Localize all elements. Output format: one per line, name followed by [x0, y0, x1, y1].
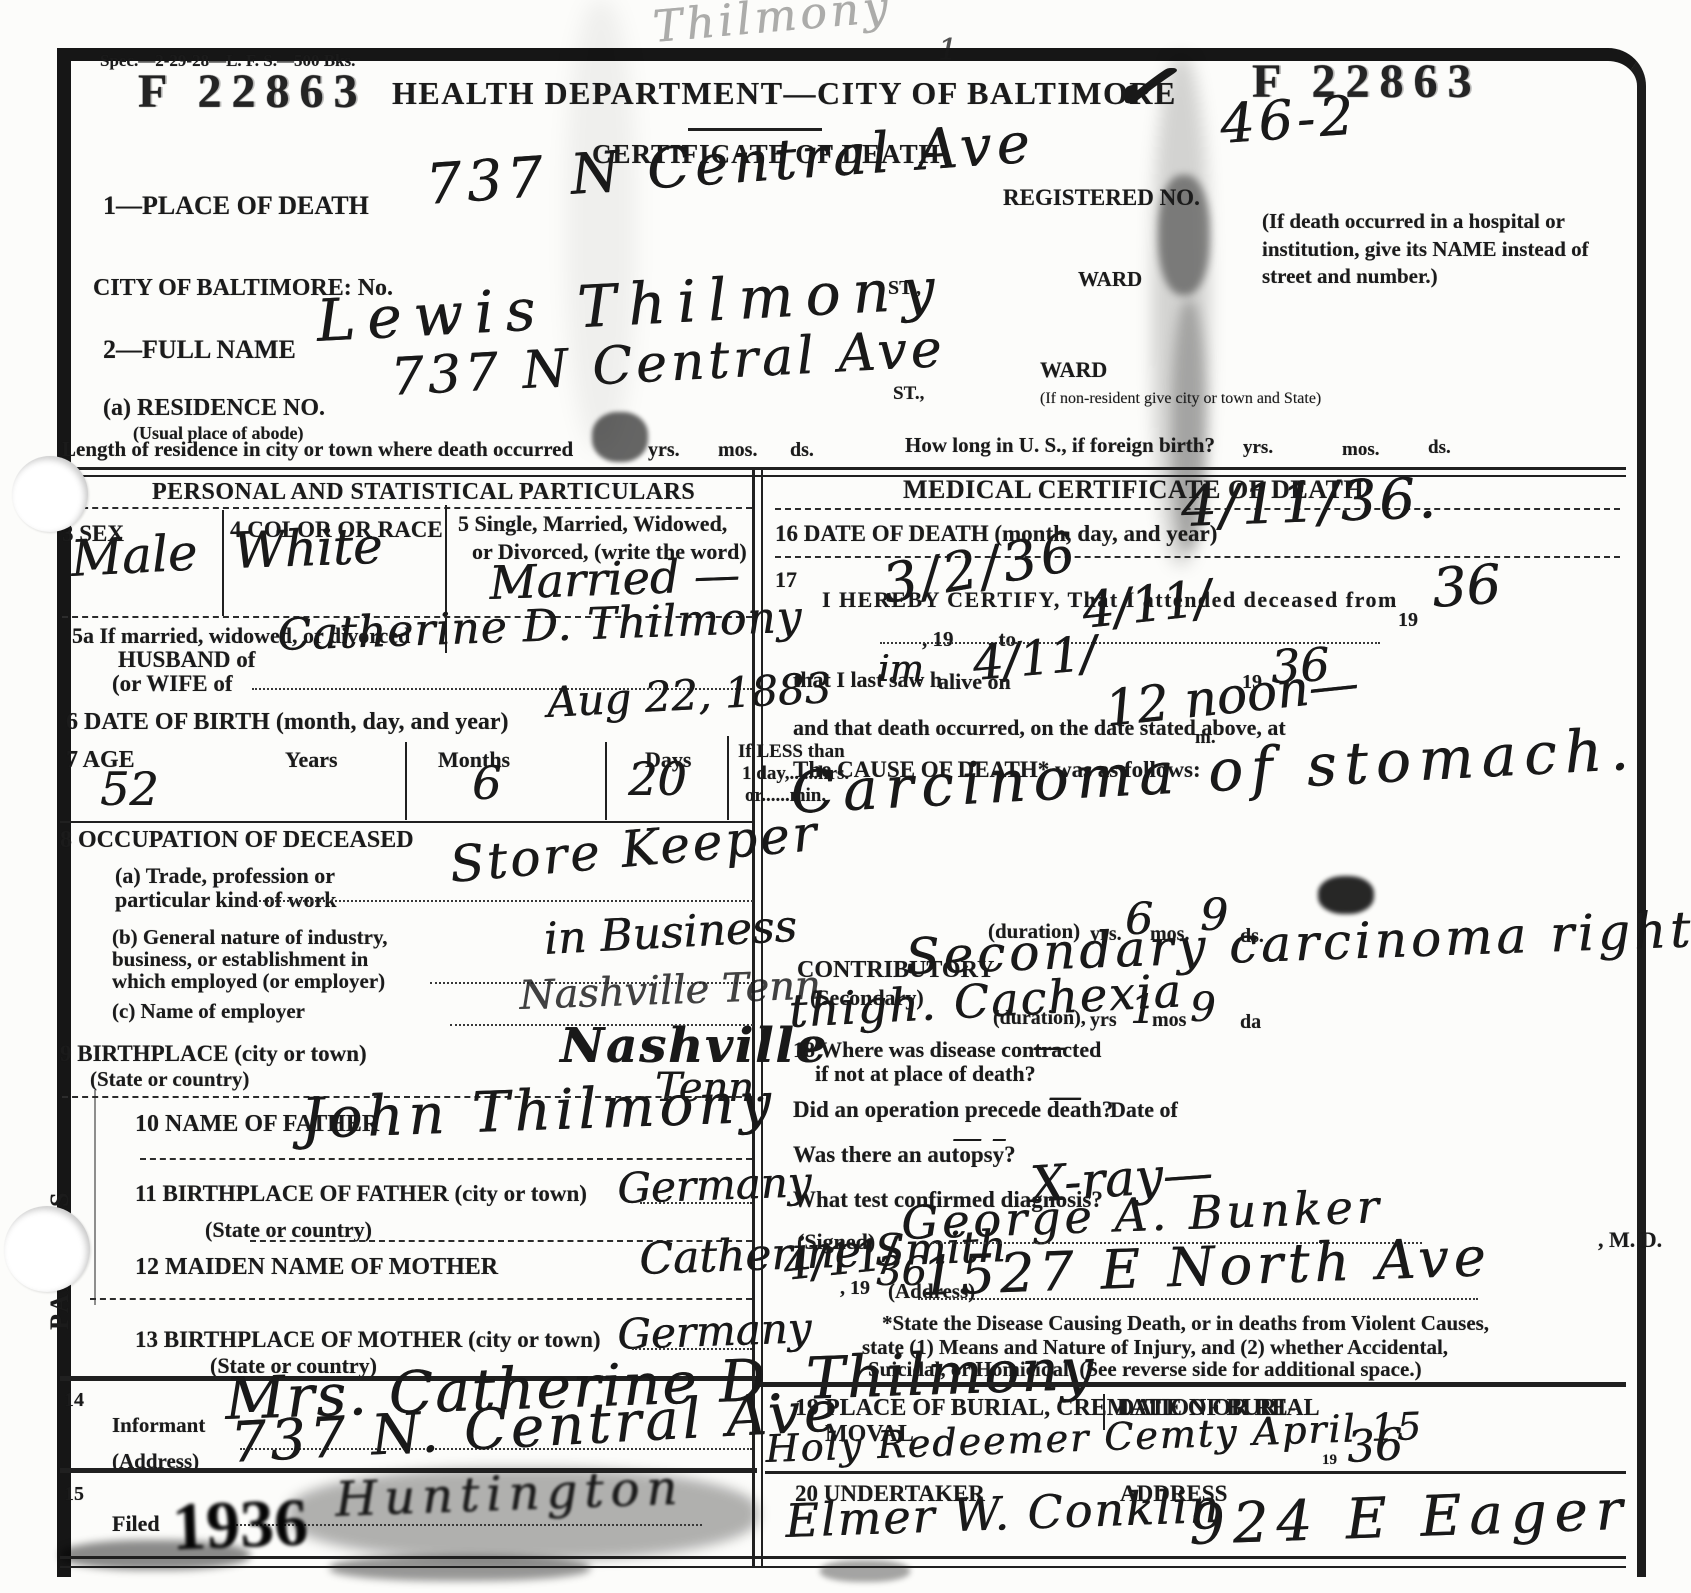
file-number-handwritten: 46-2	[1218, 89, 1359, 152]
registered-no-label: REGISTERED NO.	[1003, 186, 1200, 211]
form-number-left: F 22863	[138, 66, 368, 118]
burial-year-value: 36	[1346, 1423, 1404, 1470]
residence-label: (a) RESIDENCE NO.	[103, 396, 325, 422]
spouse-label-3: (or WIFE of	[112, 672, 233, 697]
spouse-label-2: HUSBAND of	[118, 648, 255, 673]
duration2-da-label: da	[1240, 1012, 1261, 1034]
mother-baseline	[90, 1298, 752, 1300]
ward-label-2: WARD	[1040, 358, 1107, 382]
race-value: White	[232, 521, 383, 576]
ds-label-1: ds.	[790, 440, 814, 462]
age-days-value: 20	[628, 756, 687, 802]
rule-under-personal-title	[62, 507, 752, 509]
check-mark: ✓	[1106, 45, 1179, 128]
comma-19-label: , 19	[922, 628, 954, 651]
filed-number: 15	[64, 1484, 84, 1506]
parents-bracket-line	[94, 1090, 96, 1305]
father-birthplace-label: 11 BIRTHPLACE OF FATHER (city or town)	[135, 1182, 587, 1207]
birthplace-city-value: Nashville	[560, 1022, 828, 1070]
sign-19-label: , 19	[840, 1278, 870, 1300]
father-baseline	[140, 1158, 752, 1160]
date-of-label: Date of	[1110, 1098, 1178, 1122]
nineteen-label-1: 19	[1398, 610, 1418, 632]
ghost-handwriting: Thilmony	[651, 0, 893, 50]
age-years-value: 52	[100, 766, 159, 812]
footnote-line-1: *State the Disease Causing Death, or in …	[882, 1312, 1489, 1335]
marital-label-1: 5 Single, Married, Widowed,	[458, 512, 727, 536]
ward-label: WARD	[1078, 268, 1142, 291]
industry-label-3: which employed (or employer)	[112, 970, 385, 993]
age-cell-line-3	[727, 736, 729, 820]
last-saw-value: 4/11/	[971, 629, 1099, 688]
employer-value: Nashville Tenn	[519, 966, 821, 1016]
filed-date-stamp: 1936	[171, 1486, 309, 1564]
undertaker-box-top-rule	[765, 1471, 1626, 1474]
personal-section-title: PERSONAL AND STATISTICAL PARTICULARS	[152, 480, 695, 506]
duration2-mos-value: 9	[1190, 988, 1215, 1028]
attended-to-value: 4/11/	[1080, 573, 1214, 636]
bottom-rule-2	[60, 1566, 1626, 1568]
footnote-line-3: Suicidal, or Homicidal. (See reverse sid…	[868, 1358, 1422, 1381]
father-name-value: John Thilmony	[300, 1075, 777, 1148]
ds-label-2: ds.	[1428, 438, 1451, 459]
how-long-us-label: How long in U. S., if foreign birth?	[905, 434, 1215, 457]
autopsy-value: — –	[952, 1124, 1007, 1154]
place-of-death-label: 1—PLACE OF DEATH	[103, 192, 369, 220]
burial-box-top-rule	[760, 1382, 1626, 1387]
date-of-death-value: 4/11/36.	[1180, 471, 1439, 536]
mos-label-2: mos.	[1342, 440, 1379, 461]
q18-value: —	[1032, 1030, 1066, 1064]
footnote-line-2: state (1) Means and Nature of Injury, an…	[862, 1336, 1448, 1359]
undertaker-value: Elmer W. Conklin	[784, 1483, 1221, 1544]
certify-number: 17	[775, 568, 797, 592]
trade-label-1: (a) Trade, profession or	[115, 864, 335, 888]
duration2-mos-label: mos	[1152, 1010, 1186, 1032]
nonresident-note: (If non-resident give city or town and S…	[1040, 390, 1321, 407]
trade-baseline	[248, 900, 753, 902]
birthplace-sublabel: (State or country)	[90, 1068, 249, 1091]
operation-value: —	[1048, 1080, 1082, 1114]
yrs-label-1: yrs.	[648, 440, 680, 462]
filed-label: Filed	[112, 1512, 160, 1536]
st-label-2: ST.,	[893, 384, 924, 405]
attended-to-year-value: 36	[1430, 557, 1502, 616]
age-months-value: 6	[472, 760, 501, 806]
informant-number: 14	[64, 1390, 84, 1412]
birthplace-label: 9 BIRTHPLACE (city or town)	[60, 1042, 367, 1067]
full-name-label: 2—FULL NAME	[103, 336, 296, 364]
hospital-note: (If death occurred in a hospital or inst…	[1262, 208, 1614, 291]
q18-label-2: if not at place of death?	[815, 1062, 1036, 1086]
industry-label-1: (b) General nature of industry,	[112, 926, 388, 949]
mos-label-1: mos.	[718, 440, 757, 462]
sex-value: Male	[69, 527, 198, 584]
father-birthplace-dotline	[640, 1202, 752, 1204]
father-birthplace-sublabel: (State or country)	[205, 1218, 372, 1242]
cell-line-sex-race	[222, 510, 224, 616]
filed-signature: Huntington	[334, 1464, 685, 1524]
age-years-label: Years	[285, 748, 338, 772]
punch-hole-bottom	[4, 1206, 90, 1292]
punch-hole-top	[12, 456, 88, 532]
page-title: HEALTH DEPARTMENT—CITY OF BALTIMORE	[392, 76, 1177, 111]
employer-label: (c) Name of employer	[112, 1000, 305, 1023]
mother-birthplace-label: 13 BIRTHPLACE OF MOTHER (city or town)	[135, 1328, 601, 1353]
age-cell-line-2	[605, 742, 607, 820]
address-baseline	[918, 1298, 1478, 1300]
duration2-yrs-label: yrs	[1090, 1010, 1117, 1032]
undertaker-address-value: 924 E Eager	[1188, 1483, 1631, 1554]
informant-label: Informant	[112, 1414, 205, 1437]
length-residence-label: Length of residence in city or town wher…	[62, 438, 573, 461]
stray-pen-mark: 1	[938, 36, 957, 66]
industry-value: in Business	[543, 905, 798, 962]
burial-19-label: 19	[1322, 1452, 1337, 1468]
last-saw-him-value: im	[878, 652, 924, 688]
mother-name-label: 12 MAIDEN NAME OF MOTHER	[135, 1255, 498, 1281]
dob-label: 6 DATE OF BIRTH (month, day, and year)	[66, 710, 509, 736]
md-label: , M. D.	[1598, 1228, 1662, 1252]
yrs-label-2: yrs.	[1243, 438, 1273, 459]
occupation-label: 8 OCCUPATION OF DECEASED	[60, 828, 414, 854]
industry-label-2: business, or establishment in	[112, 948, 368, 971]
bottom-rule-1	[60, 1556, 1626, 1559]
age-cell-line-1	[405, 742, 407, 820]
death-certificate-scan: Spec.—2-29-28—L. F. S.—500 Bks. F 22863 …	[0, 0, 1691, 1593]
